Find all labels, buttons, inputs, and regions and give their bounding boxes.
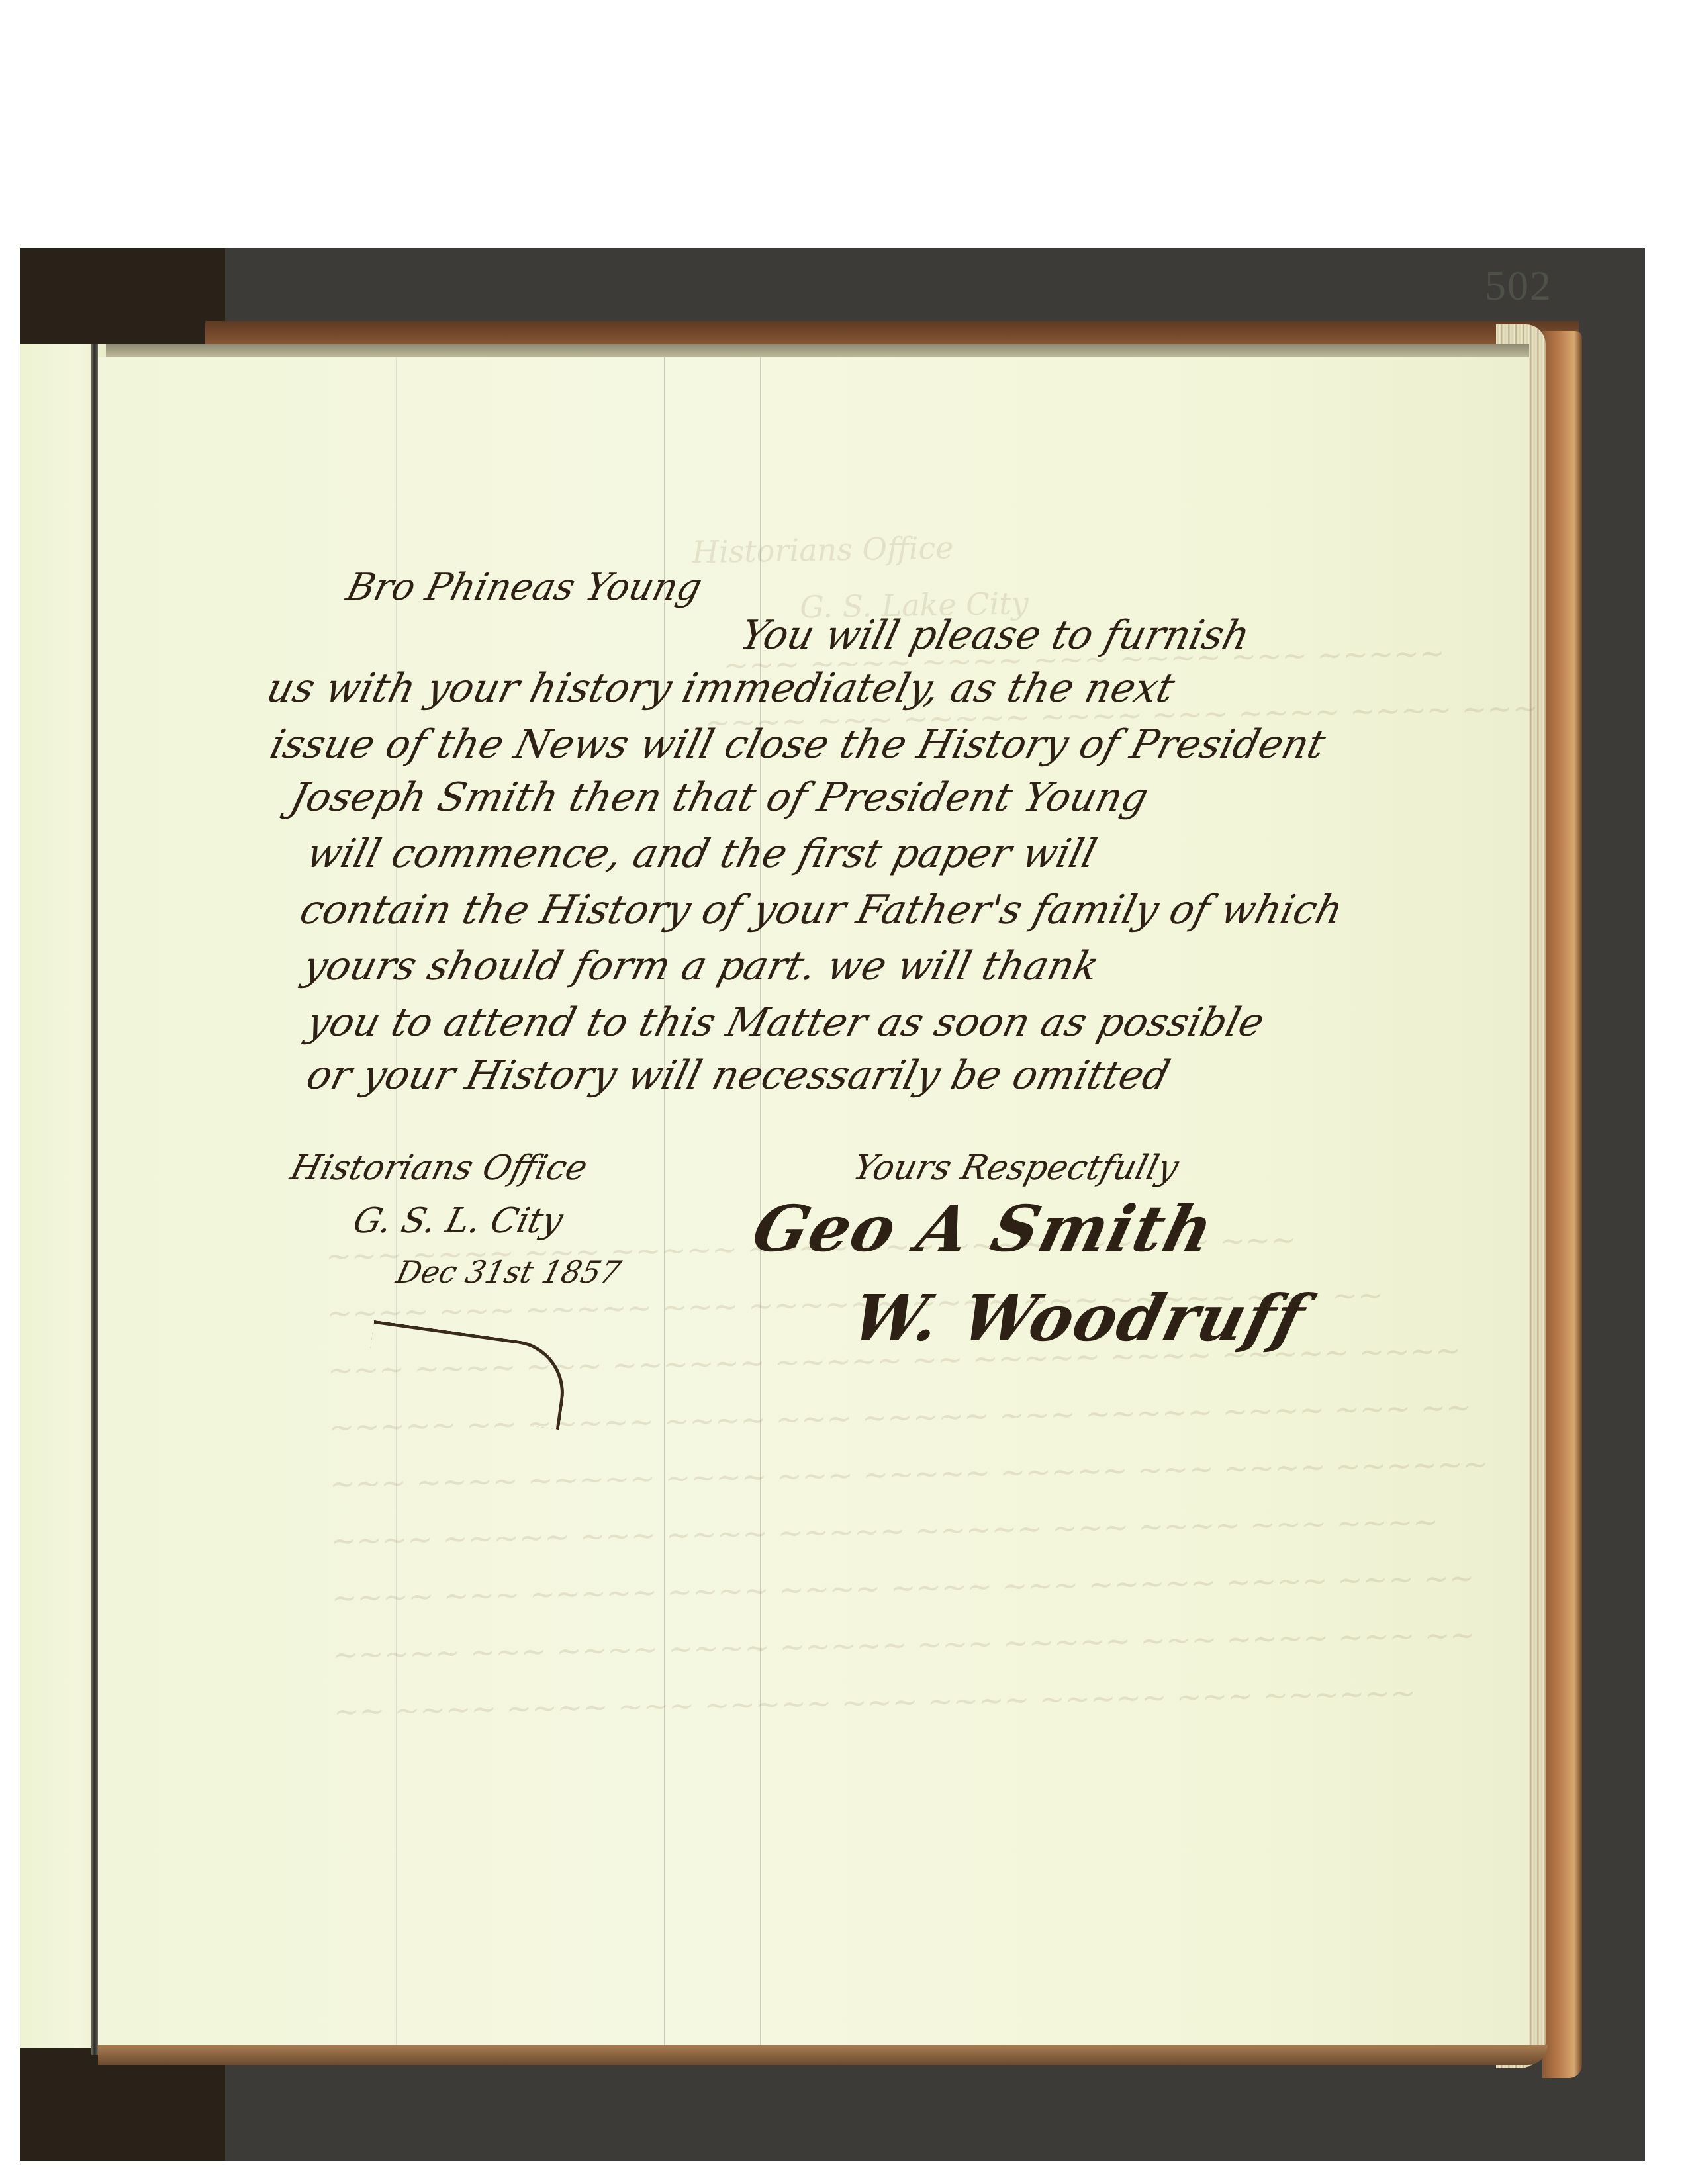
letter-line: issue of the News will close the History… xyxy=(265,721,1330,768)
signature-w-woodruff: W. Woodruff xyxy=(845,1281,1313,1355)
letter-line: Joseph Smith then that of President Youn… xyxy=(285,774,1153,821)
page-number: 502 xyxy=(1485,261,1552,310)
letter-line: yours should form a part. we will thank xyxy=(299,943,1103,989)
letter-line: contain the History of your Father's fam… xyxy=(295,887,1348,933)
place-office: Historians Office xyxy=(287,1148,592,1188)
signature-geo-a-smith: Geo A Smith xyxy=(745,1191,1222,1266)
place-city: G. S. L. City xyxy=(350,1201,567,1241)
letter-date: Dec 31st 1857 xyxy=(393,1254,624,1290)
book-cover-right-edge xyxy=(1542,331,1582,2078)
letter-line: or your History will necessarily be omit… xyxy=(302,1052,1174,1099)
book-gutter xyxy=(91,344,98,2055)
letter-line: will commence, and the first paper will xyxy=(302,831,1101,877)
letter-line: you to attend to this Matter as soon as … xyxy=(302,999,1268,1046)
salutation: Bro Phineas Young xyxy=(342,566,706,609)
closing: Yours Respectfully xyxy=(849,1148,1183,1188)
page-bottom-edge xyxy=(98,2045,1548,2065)
book-cover-top-edge xyxy=(205,321,1579,347)
fold-line xyxy=(664,357,665,2048)
letter-line: us with your history immediately, as the… xyxy=(262,665,1179,711)
letter-line: You will please to furnish xyxy=(735,612,1254,659)
